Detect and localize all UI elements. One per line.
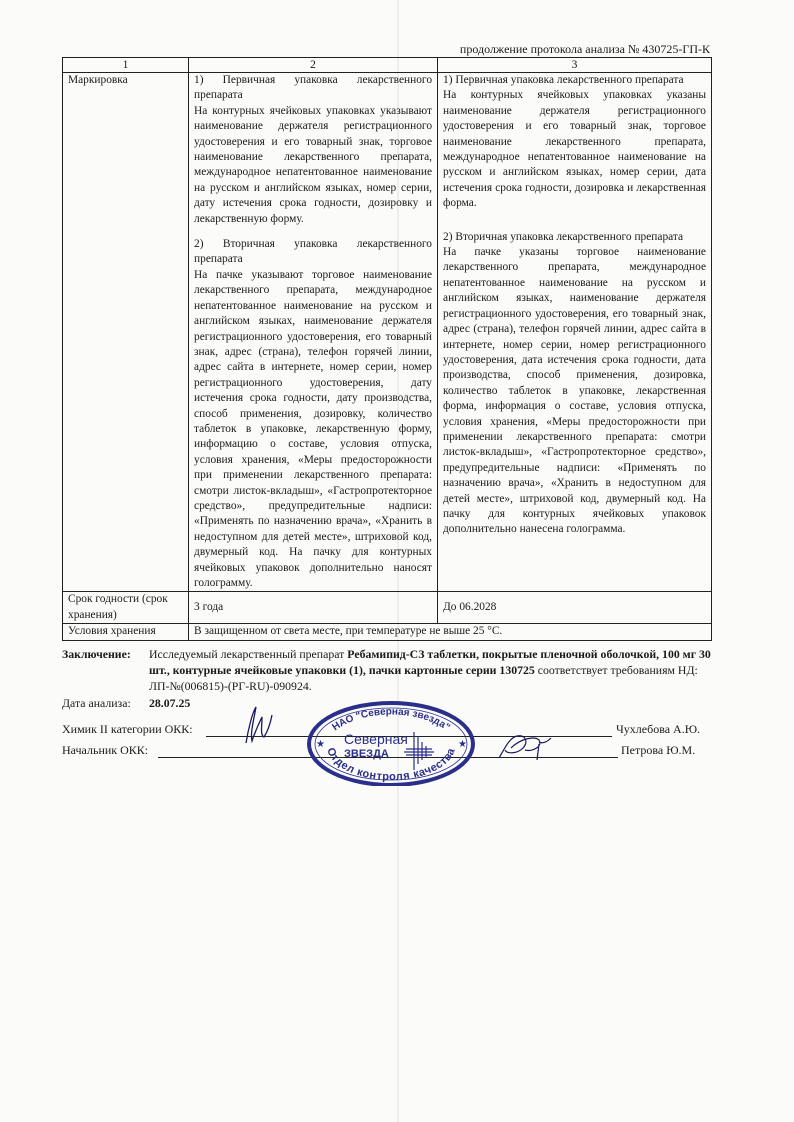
stamp-star-left-icon: ★	[316, 739, 325, 750]
result-secondary-title: 2) Вторичная упаковка лекарственного пре…	[443, 230, 706, 245]
spec-secondary-title: 2) Вторичная упаковка лекарственного пре…	[194, 237, 432, 268]
signature-row-head: Начальник ОКК:	[62, 743, 148, 758]
result-primary-title: 1) Первичная упаковка лекарственного пре…	[443, 73, 706, 88]
protocol-table: 1 2 3 Маркировка 1) Первичная упаковка л…	[62, 57, 712, 641]
spec-secondary-text: На пачке указывают торговое наименование…	[194, 268, 432, 592]
spacer	[194, 227, 432, 237]
spec-shelf-life: 3 года	[189, 592, 438, 624]
stamp-logo-line2: ЗВЕЗДА	[344, 748, 389, 760]
column-header-3: 3	[438, 58, 712, 73]
row-label-marking: Маркировка	[63, 73, 189, 592]
signature-row-chemist: Химик II категории ОКК:	[62, 722, 193, 737]
conclusion-text-part1: Исследуемый лекарственный препарат	[149, 647, 347, 661]
column-header-1: 1	[63, 58, 189, 73]
column-header-2: 2	[189, 58, 438, 73]
row-label-shelf-life: Срок годности (срок хранения)	[63, 592, 189, 624]
handwritten-signature-chemist	[240, 703, 276, 747]
table-row-storage: Условия хранения В защищенном от света м…	[63, 624, 712, 640]
spacer	[443, 212, 706, 230]
signature-name-chemist: Чухлебова А.Ю.	[616, 722, 700, 737]
result-shelf-life: До 06.2028	[438, 592, 712, 624]
table-row-shelf-life: Срок годности (срок хранения) 3 года До …	[63, 592, 712, 624]
row-label-storage: Условия хранения	[63, 624, 189, 640]
protocol-continuation-header: продолжение протокола анализа № 430725-Г…	[440, 42, 710, 57]
analysis-date-label: Дата анализа:	[62, 695, 149, 711]
table-row-marking: Маркировка 1) Первичная упаковка лекарст…	[63, 73, 712, 592]
spec-primary-text: На контурных ячейковых упаковках указыва…	[194, 104, 432, 227]
signature-name-head: Петрова Ю.М.	[621, 743, 695, 758]
signature-role-head: Начальник ОКК:	[62, 743, 148, 758]
result-primary-text: На контурных ячейковых упаковках указаны…	[443, 88, 706, 211]
spec-marking-cell: 1) Первичная упаковка лекарственного пре…	[189, 73, 438, 592]
stamp-logo-line1: Северная	[344, 731, 408, 747]
result-secondary-text: На пачке указаны торговое наименование л…	[443, 245, 706, 538]
conclusion-text: Исследуемый лекарственный препарат Ребам…	[149, 646, 717, 694]
stamp-star-right-icon: ★	[458, 739, 467, 750]
signature-role-chemist: Химик II категории ОКК:	[62, 722, 193, 737]
handwritten-signature-head	[495, 728, 555, 764]
conclusion-row: Заключение: Исследуемый лекарственный пр…	[62, 646, 717, 694]
table-header-row: 1 2 3	[63, 58, 712, 73]
conclusion-label: Заключение:	[62, 646, 149, 694]
result-marking-cell: 1) Первичная упаковка лекарственного пре…	[438, 73, 712, 592]
spec-primary-title: 1) Первичная упаковка лекарственного пре…	[194, 73, 432, 104]
quality-control-stamp: НАО "Северная звезда" Отдел контроля кач…	[306, 700, 476, 786]
storage-conditions-value: В защищенном от света месте, при темпера…	[189, 624, 712, 640]
